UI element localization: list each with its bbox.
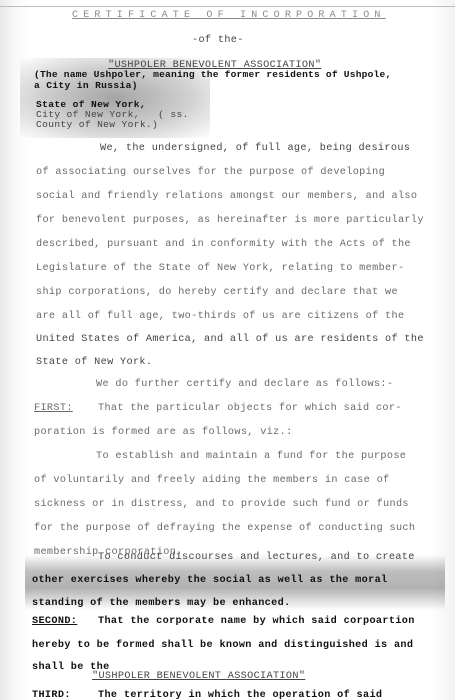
preamble-line: United States of America, and all of us … <box>36 334 424 346</box>
second-line1: That the corporate name by which said co… <box>98 616 415 628</box>
preamble-line: We, the undersigned, of full age, being … <box>100 143 410 155</box>
document-page: CERTIFICATE OF INCORPORATION -of the- "U… <box>0 0 455 700</box>
objects-para1-line: sickness or in distress, and to provide … <box>34 499 409 511</box>
page-top-edge <box>0 6 455 7</box>
further-certify: We do further certify and declare as fol… <box>96 379 393 391</box>
objects-para2-line: other exercises whereby the social as we… <box>32 575 388 587</box>
preamble-line: ship corporations, do hereby certify and… <box>36 287 398 299</box>
preamble-line: are all of full age, two-thirds of us ar… <box>36 311 404 323</box>
objects-para1-line: To establish and maintain a fund for the… <box>96 451 406 463</box>
objects-para2-line: standing of the members may be enhanced. <box>32 598 291 610</box>
preamble-line: described, pursuant and in conformity wi… <box>36 239 411 251</box>
first-label: FIRST: <box>34 403 73 415</box>
objects-para2-line: To conduct discourses and lectures, and … <box>98 552 415 564</box>
name-note-line2: a City in Russia) <box>34 80 138 92</box>
preamble-line: of associating ourselves for the purpose… <box>36 167 385 179</box>
preamble-line: social and friendly relations amongst ou… <box>36 191 417 203</box>
venue-county: County of New York.) <box>36 119 158 131</box>
document-title: CERTIFICATE OF INCORPORATION <box>72 10 386 22</box>
second-association-name: "USHPOLER BENEVOLENT ASSOCIATION" <box>92 671 305 683</box>
preamble-line: State of New York. <box>36 357 152 369</box>
preamble-line: Legislature of the State of New York, re… <box>36 263 404 275</box>
objects-para1-line: for the purpose of defraying the expense… <box>34 523 415 535</box>
second-label: SECOND: <box>32 616 77 628</box>
document-subtitle: -of the- <box>192 35 244 47</box>
first-line2: poration is formed are as follows, viz.: <box>34 427 293 439</box>
third-line1: The territory in which the operation of … <box>98 690 382 700</box>
preamble-line: for benevolent purposes, as hereinafter … <box>36 215 424 227</box>
second-line2: hereby to be formed shall be known and d… <box>32 640 413 652</box>
objects-para1-line: of voluntarily and freely aiding the mem… <box>34 475 390 487</box>
third-label: THIRD: <box>32 690 71 700</box>
first-line1: That the particular objects for which sa… <box>98 403 402 415</box>
